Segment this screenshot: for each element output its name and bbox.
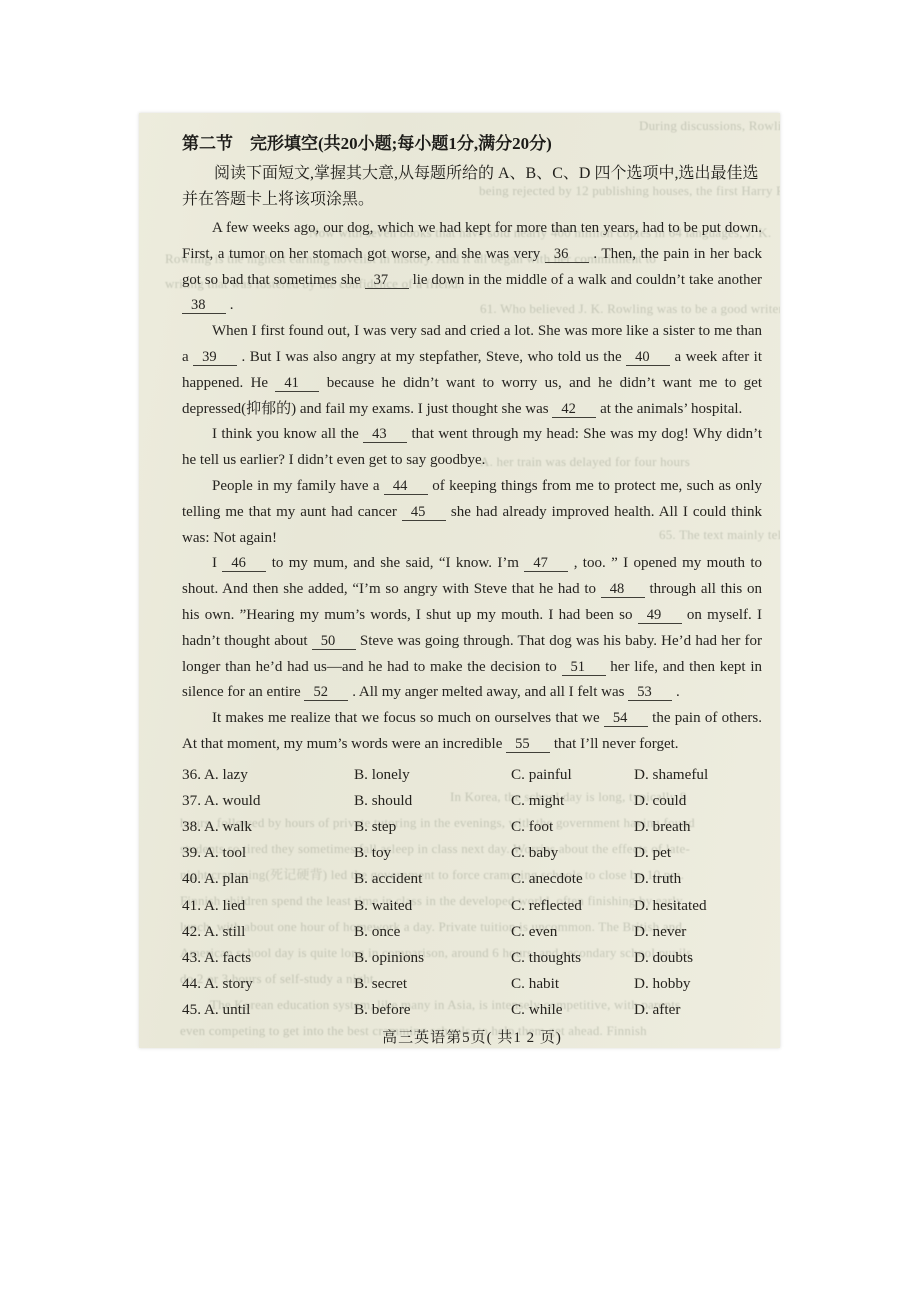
option-cell: D. pet <box>634 840 762 866</box>
blank-52: 52 <box>304 684 348 701</box>
option-cell: B. before <box>354 997 511 1023</box>
option-cell: D. hesitated <box>634 893 762 919</box>
passage-line: a 39 . But I was also angry at my stepfa… <box>182 345 762 371</box>
blank-53: 53 <box>628 684 672 701</box>
option-cell: D. shameful <box>634 762 762 788</box>
option-cell: 40. A. plan <box>182 866 354 892</box>
passage-line: depressed(抑郁的) and fail my exams. I just… <box>182 397 762 423</box>
passage-line: got so bad that sometimes she 37 lie dow… <box>182 268 762 294</box>
blank-55: 55 <box>506 736 550 753</box>
passage-line: was: Not again! <box>182 526 762 552</box>
paragraph: It makes me realize that we focus so muc… <box>182 706 762 758</box>
option-row-44: 44. A. storyB. secretC. habitD. hobby <box>182 971 762 997</box>
option-cell: 45. A. until <box>182 997 354 1023</box>
blank-51: 51 <box>562 659 606 676</box>
option-cell: B. waited <box>354 893 511 919</box>
option-cell: B. accident <box>354 866 511 892</box>
paragraph: I 46 to my mum, and she said, “I know. I… <box>182 551 762 706</box>
passage-line: I think you know all the 43 that went th… <box>182 422 762 448</box>
option-cell: B. toy <box>354 840 511 866</box>
passage-line: he tell us earlier? I didn’t even get to… <box>182 448 762 474</box>
option-cell: C. habit <box>511 971 634 997</box>
option-cell: D. hobby <box>634 971 762 997</box>
passage-line: I 46 to my mum, and she said, “I know. I… <box>182 551 762 577</box>
section-title: 第二节 完形填空(共20小题;每小题1分,满分20分) <box>182 129 762 154</box>
options-table: 36. A. lazyB. lonelyC. painfulD. shamefu… <box>182 762 762 1024</box>
option-cell: C. baby <box>511 840 634 866</box>
passage-line: 38 . <box>182 293 762 319</box>
passage-line: shout. And then she added, “I’m so angry… <box>182 577 762 603</box>
blank-45: 45 <box>402 504 446 521</box>
instruction-line: 阅读下面短文,掌握其大意,从每题所给的 A、B、C、D 四个选项中,选出最佳选项… <box>182 161 762 187</box>
option-cell: B. once <box>354 919 511 945</box>
blank-50: 50 <box>312 633 356 650</box>
blank-47: 47 <box>524 555 568 572</box>
passage-line: hadn’t thought about 50 Steve was going … <box>182 629 762 655</box>
scan-background: During discussions, Rowlingbeing rejecte… <box>0 0 920 1302</box>
page-content: 第二节 完形填空(共20小题;每小题1分,满分20分) 阅读下面短文,掌握其大意… <box>182 127 762 1047</box>
option-row-37: 37. A. wouldB. shouldC. mightD. could <box>182 788 762 814</box>
option-cell: B. secret <box>354 971 511 997</box>
blank-40: 40 <box>626 349 670 366</box>
passage-line: his own. ”Hearing my mum’s words, I shut… <box>182 603 762 629</box>
blank-46: 46 <box>222 555 266 572</box>
option-row-39: 39. A. toolB. toyC. babyD. pet <box>182 840 762 866</box>
passage-line: People in my family have a 44 of keeping… <box>182 474 762 500</box>
option-cell: B. opinions <box>354 945 511 971</box>
paragraph: A few weeks ago, our dog, which we had k… <box>182 216 762 319</box>
blank-43: 43 <box>363 426 407 443</box>
option-cell: C. foot <box>511 814 634 840</box>
option-cell: D. breath <box>634 814 762 840</box>
paragraph: When I first found out, I was very sad a… <box>182 319 762 422</box>
option-cell: C. thoughts <box>511 945 634 971</box>
option-cell: C. while <box>511 997 634 1023</box>
option-row-43: 43. A. factsB. opinionsC. thoughtsD. dou… <box>182 945 762 971</box>
page-footer: 高三英语第5页( 共1 2 页) <box>182 1026 762 1047</box>
option-cell: C. painful <box>511 762 634 788</box>
option-row-40: 40. A. planB. accidentC. anecdoteD. trut… <box>182 866 762 892</box>
option-cell: 44. A. story <box>182 971 354 997</box>
option-cell: C. even <box>511 919 634 945</box>
exam-paper: During discussions, Rowlingbeing rejecte… <box>139 113 780 1048</box>
blank-36: 36 <box>545 246 589 263</box>
cloze-passage: A few weeks ago, our dog, which we had k… <box>182 216 762 758</box>
passage-line: telling me that my aunt had cancer 45 sh… <box>182 500 762 526</box>
passage-line: First, a tumor on her stomach got worse,… <box>182 242 762 268</box>
blank-41: 41 <box>275 375 319 392</box>
option-row-36: 36. A. lazyB. lonelyC. painfulD. shamefu… <box>182 762 762 788</box>
blank-42: 42 <box>552 401 596 418</box>
option-cell: B. lonely <box>354 762 511 788</box>
blank-38: 38 <box>182 297 226 314</box>
option-cell: D. could <box>634 788 762 814</box>
blank-48: 48 <box>601 581 645 598</box>
blank-44: 44 <box>384 478 428 495</box>
option-cell: B. step <box>354 814 511 840</box>
instruction-line: 并在答题卡上将该项涂黑。 <box>182 187 762 213</box>
passage-line: silence for an entire 52 . All my anger … <box>182 680 762 706</box>
paragraph: People in my family have a 44 of keeping… <box>182 474 762 551</box>
option-cell: B. should <box>354 788 511 814</box>
instructions: 阅读下面短文,掌握其大意,从每题所给的 A、B、C、D 四个选项中,选出最佳选项… <box>182 161 762 213</box>
passage-line: A few weeks ago, our dog, which we had k… <box>182 216 762 242</box>
option-cell: 43. A. facts <box>182 945 354 971</box>
paragraph: I think you know all the 43 that went th… <box>182 422 762 474</box>
option-cell: C. reflected <box>511 893 634 919</box>
option-cell: D. after <box>634 997 762 1023</box>
passage-line: longer than he’d had us—and he had to ma… <box>182 655 762 681</box>
passage-line: It makes me realize that we focus so muc… <box>182 706 762 732</box>
passage-line: happened. He 41 because he didn’t want t… <box>182 371 762 397</box>
blank-49: 49 <box>638 607 682 624</box>
option-cell: D. doubts <box>634 945 762 971</box>
option-cell: 41. A. lied <box>182 893 354 919</box>
option-cell: 37. A. would <box>182 788 354 814</box>
blank-39: 39 <box>193 349 237 366</box>
option-row-45: 45. A. untilB. beforeC. whileD. after <box>182 997 762 1023</box>
option-cell: 38. A. walk <box>182 814 354 840</box>
blank-37: 37 <box>365 272 409 289</box>
passage-line: When I first found out, I was very sad a… <box>182 319 762 345</box>
option-cell: 36. A. lazy <box>182 762 354 788</box>
option-row-38: 38. A. walkB. stepC. footD. breath <box>182 814 762 840</box>
option-cell: C. anecdote <box>511 866 634 892</box>
option-cell: 39. A. tool <box>182 840 354 866</box>
option-cell: D. never <box>634 919 762 945</box>
passage-line: At that moment, my mum’s words were an i… <box>182 732 762 758</box>
option-row-41: 41. A. liedB. waitedC. reflectedD. hesit… <box>182 893 762 919</box>
option-cell: C. might <box>511 788 634 814</box>
option-cell: 42. A. still <box>182 919 354 945</box>
blank-54: 54 <box>604 710 648 727</box>
option-cell: D. truth <box>634 866 762 892</box>
option-row-42: 42. A. stillB. onceC. evenD. never <box>182 919 762 945</box>
